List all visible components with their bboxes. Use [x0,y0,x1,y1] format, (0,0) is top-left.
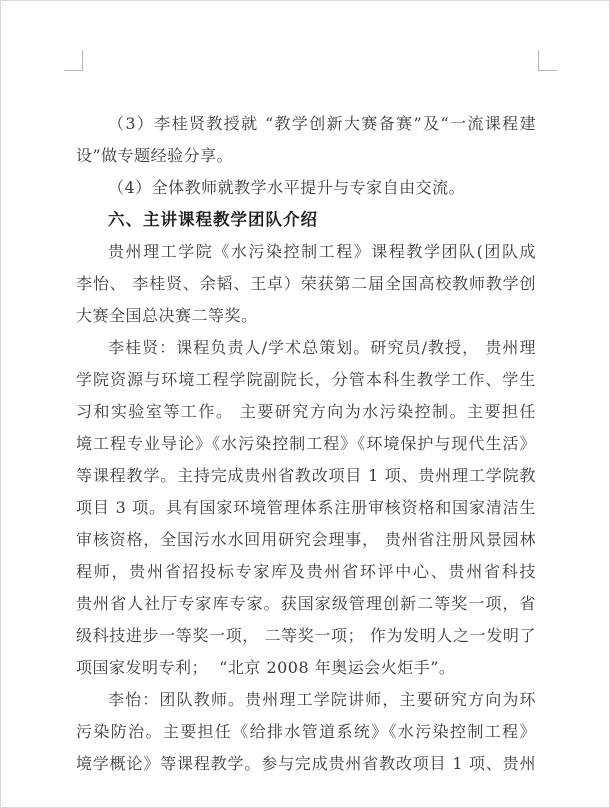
text-line: 大赛全国总决赛二等奖。 [76,300,536,332]
text-line: 李桂贤：课程负责人/学术总策划。研究员/教授， 贵州理工 [76,332,536,364]
section-heading: 六、主讲课程教学团队介绍 [76,204,536,236]
text-line: 贵州省人社厅专家库专家。获国家级管理创新二等奖一项，省部 [76,588,536,620]
text-line: 境学概论》等课程教学。参与完成贵州省教改项目 1 项、贵州理 [76,748,536,780]
document-page: （3）李桂贤教授就 “教学创新大赛备赛”及“一流课程建设”做专题经验分享。（4）… [0,0,610,808]
text-line: 等课程教学。主持完成贵州省教改项目 1 项、贵州理工学院教改 [76,460,536,492]
text-line: （4）全体教师就教学水平提升与专家自由交流。 [76,172,536,204]
text-line: 习和实验室等工作。 主要研究方向为水污染控制。主要担任《环 [76,396,536,428]
text-line: 境工程专业导论》《水污染控制工程》《环境保护与现代生活》 [76,428,536,460]
text-line: 审核资格，全国污水水回用研究会理事， 贵州省注册风景园林工 [76,524,536,556]
text-line: 李怡：团队教师。贵州理工学院讲师，主要研究方向为环境 [76,684,536,716]
text-line: 李怡、 李桂贤、余韬、王卓）荣获第二届全国高校教师教学创新 [76,268,536,300]
text-line: 级科技进步一等奖一项， 二等奖一项； 作为发明人之一发明了四 [76,620,536,652]
text-line: 设”做专题经验分享。 [76,140,536,172]
text-line: 项目 3 项。具有国家环境管理体系注册审核资格和国家清洁生产 [76,492,536,524]
text-line: 学院资源与环境工程学院副院长，分管本科生教学工作、学生实 [76,364,536,396]
text-line: 项国家发明专利； “北京 2008 年奥运会火炬手”。 [76,652,536,684]
margin-corner-mark-top-right [538,50,557,71]
text-line: （3）李桂贤教授就 “教学创新大赛备赛”及“一流课程建 [76,108,536,140]
text-line: 贵州理工学院《水污染控制工程》课程教学团队(团队成员： [76,236,536,268]
text-line: 程师，贵州省招投标专家库及贵州省环评中心、贵州省科技厅、 [76,556,536,588]
margin-corner-mark-top-left [64,50,83,71]
document-body: （3）李桂贤教授就 “教学创新大赛备赛”及“一流课程建设”做专题经验分享。（4）… [76,108,536,780]
text-line: 污染防治。主要担任《给排水管道系统》《水污染控制工程》《环 [76,716,536,748]
